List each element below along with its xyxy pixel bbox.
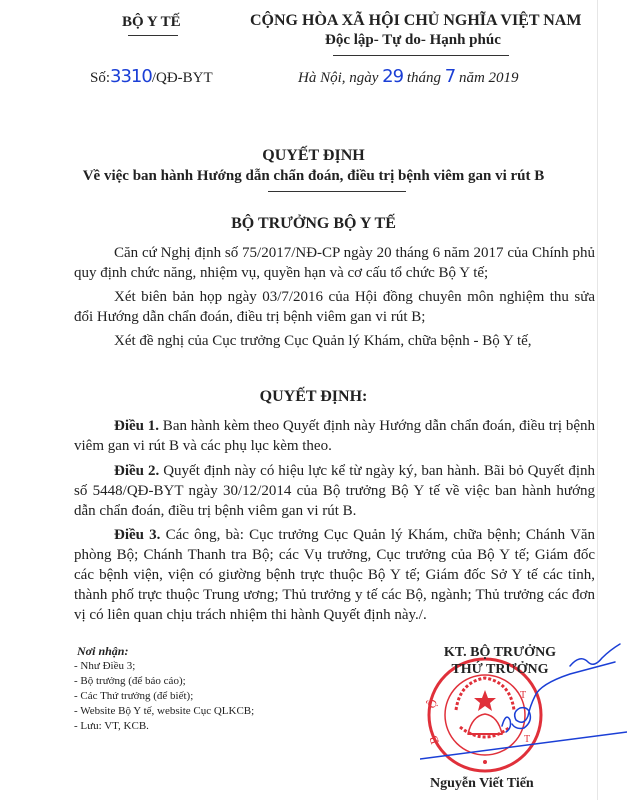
article-label: Điều 3.: [114, 527, 160, 543]
article-label: Điều 2.: [114, 463, 159, 479]
recipient-item: - Các Thứ trưởng (để biết);: [74, 689, 254, 704]
doc-number-suffix: /QĐ-BYT: [152, 70, 213, 86]
document-subtitle: Về việc ban hành Hướng dẫn chẩn đoán, đi…: [0, 168, 627, 185]
date-day: 29: [382, 66, 403, 87]
article-1: Điều 1. Ban hành kèm theo Quyết định này…: [74, 416, 595, 456]
issuing-agency: BỘ Y TẾ: [122, 14, 181, 31]
document-date: Hà Nội, ngày 29 tháng 7 năm 2019: [298, 66, 519, 87]
date-place: Hà Nội, ngày: [298, 70, 378, 86]
handwritten-signature-icon: [420, 636, 627, 766]
article-label: Điều 1.: [114, 418, 159, 434]
signer-name: Nguyễn Viết Tiến: [430, 776, 534, 792]
doc-number-prefix: Số:: [90, 70, 110, 86]
preamble-paragraph: Xét đề nghị của Cục trưởng Cục Quản lý K…: [74, 331, 595, 351]
date-month-label: tháng: [407, 70, 441, 86]
agency-underline: [128, 35, 178, 36]
document-title: QUYẾT ĐỊNH: [0, 147, 627, 165]
recipient-item: - Website Bộ Y tế, website Cục QLKCB;: [74, 704, 254, 719]
date-month: 7: [445, 66, 455, 87]
issuer-title: BỘ TRƯỞNG BỘ Y TẾ: [0, 215, 627, 233]
recipient-item: - Như Điều 3;: [74, 659, 254, 674]
article-3: Điều 3. Các ông, bà: Cục trưởng Cục Quản…: [74, 525, 595, 625]
preamble-paragraph: Xét biên bản họp ngày 03/7/2016 của Hội …: [74, 287, 595, 327]
subtitle-underline: [268, 191, 406, 192]
recipients-heading: Nơi nhận:: [77, 644, 254, 659]
preamble-paragraph: Căn cứ Nghị định số 75/2017/NĐ-CP ngày 2…: [74, 243, 595, 283]
national-motto: Độc lập- Tự do- Hạnh phúc: [325, 32, 501, 49]
recipient-item: - Bộ trưởng (để báo cáo);: [74, 674, 254, 689]
article-2: Điều 2. Quyết định này có hiệu lực kể từ…: [74, 461, 595, 521]
doc-number-handwritten: 3310: [110, 66, 152, 87]
decision-heading: QUYẾT ĐỊNH:: [0, 388, 627, 406]
date-year: năm 2019: [459, 70, 519, 86]
document-number: Số:3310/QĐ-BYT: [90, 66, 213, 87]
recipients-block: Nơi nhận: - Như Điều 3; - Bộ trưởng (để …: [74, 644, 254, 734]
motto-underline: [333, 55, 509, 56]
recipient-item: - Lưu: VT, KCB.: [74, 719, 254, 734]
national-title: CỘNG HÒA XÃ HỘI CHỦ NGHĨA VIỆT NAM: [250, 12, 581, 30]
